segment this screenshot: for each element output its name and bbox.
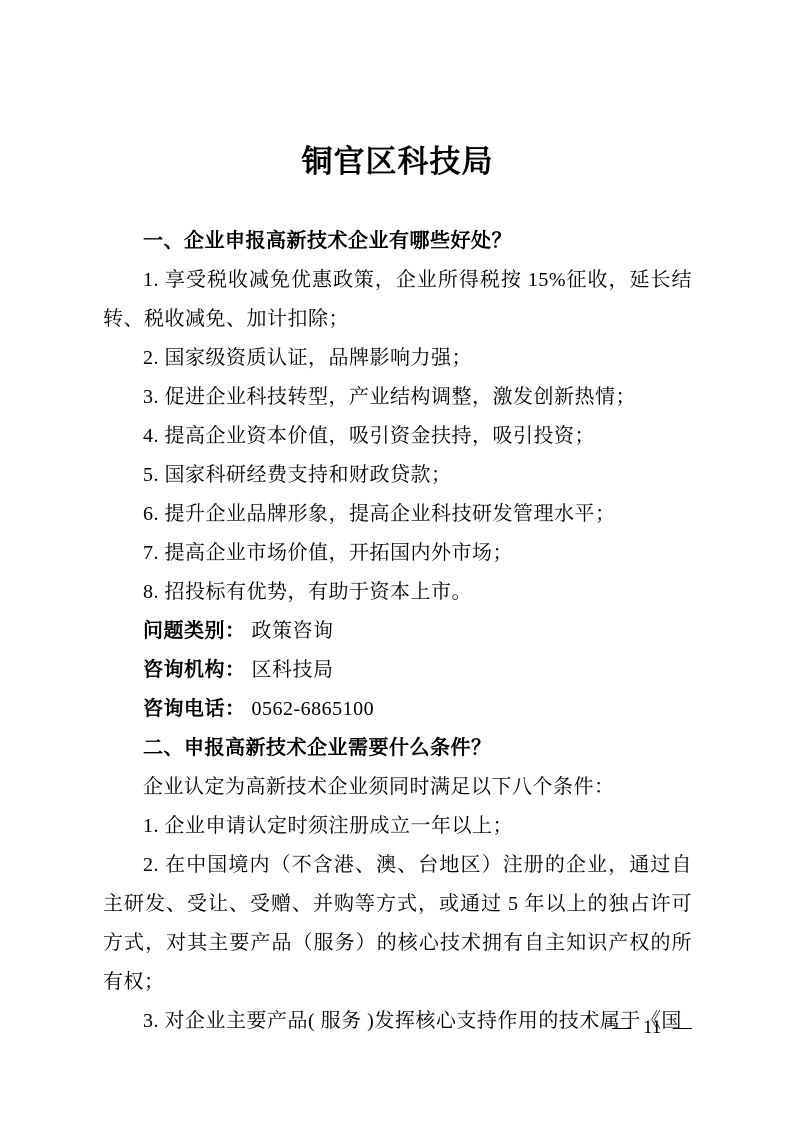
section-1-item: 5. 国家科研经费支持和财政贷款；	[103, 456, 692, 495]
meta-value: 区科技局	[252, 659, 334, 681]
section-2-heading: 二、申报高新技术企业需要什么条件？	[103, 729, 692, 768]
meta-consult-phone: 咨询电话：0562-6865100	[103, 690, 692, 729]
section-2-paragraph: 3. 对企业主要产品( 服务 )发挥核心支持作用的技术属于《国	[103, 1002, 692, 1041]
section-1-item: 6. 提升企业品牌形象，提高企业科技研发管理水平；	[103, 495, 692, 534]
meta-value: 0562-6865100	[252, 698, 375, 720]
section-1-item: 4. 提高企业资本价值，吸引资金扶持，吸引投资；	[103, 417, 692, 456]
meta-label: 问题类别：	[143, 620, 246, 642]
section-2-paragraph: 1. 企业申请认定时须注册成立一年以上；	[103, 807, 692, 846]
section-1-item: 2. 国家级资质认证，品牌影响力强；	[103, 339, 692, 378]
section-1-item: 1. 享受税收减免优惠政策，企业所得税按 15%征收，延长结转、税收减免、加计扣…	[103, 261, 692, 339]
section-2-paragraph: 2. 在中国境内（不含港、澳、台地区）注册的企业，通过自主研发、受让、受赠、并购…	[103, 846, 692, 1002]
section-1-item: 7. 提高企业市场价值，开拓国内外市场；	[103, 534, 692, 573]
meta-value: 政策咨询	[252, 620, 334, 642]
document-page: 铜官区科技局 一、企业申报高新技术企业有哪些好处？ 1. 享受税收减免优惠政策，…	[0, 0, 793, 1122]
section-1-item: 8. 招投标有优势，有助于资本上市。	[103, 573, 692, 612]
section-1-item: 3. 促进企业科技转型，产业结构调整，激发创新热情；	[103, 378, 692, 417]
meta-consult-agency: 咨询机构：区科技局	[103, 651, 692, 690]
section-2-paragraph: 企业认定为高新技术企业须同时满足以下八个条件：	[103, 768, 692, 807]
meta-label: 咨询电话：	[143, 698, 246, 720]
page-title: 铜官区科技局	[103, 142, 692, 182]
section-1-heading: 一、企业申报高新技术企业有哪些好处？	[103, 222, 692, 261]
meta-label: 咨询机构：	[143, 659, 246, 681]
page-number: — 11 —	[612, 1016, 692, 1040]
meta-question-category: 问题类别：政策咨询	[103, 612, 692, 651]
